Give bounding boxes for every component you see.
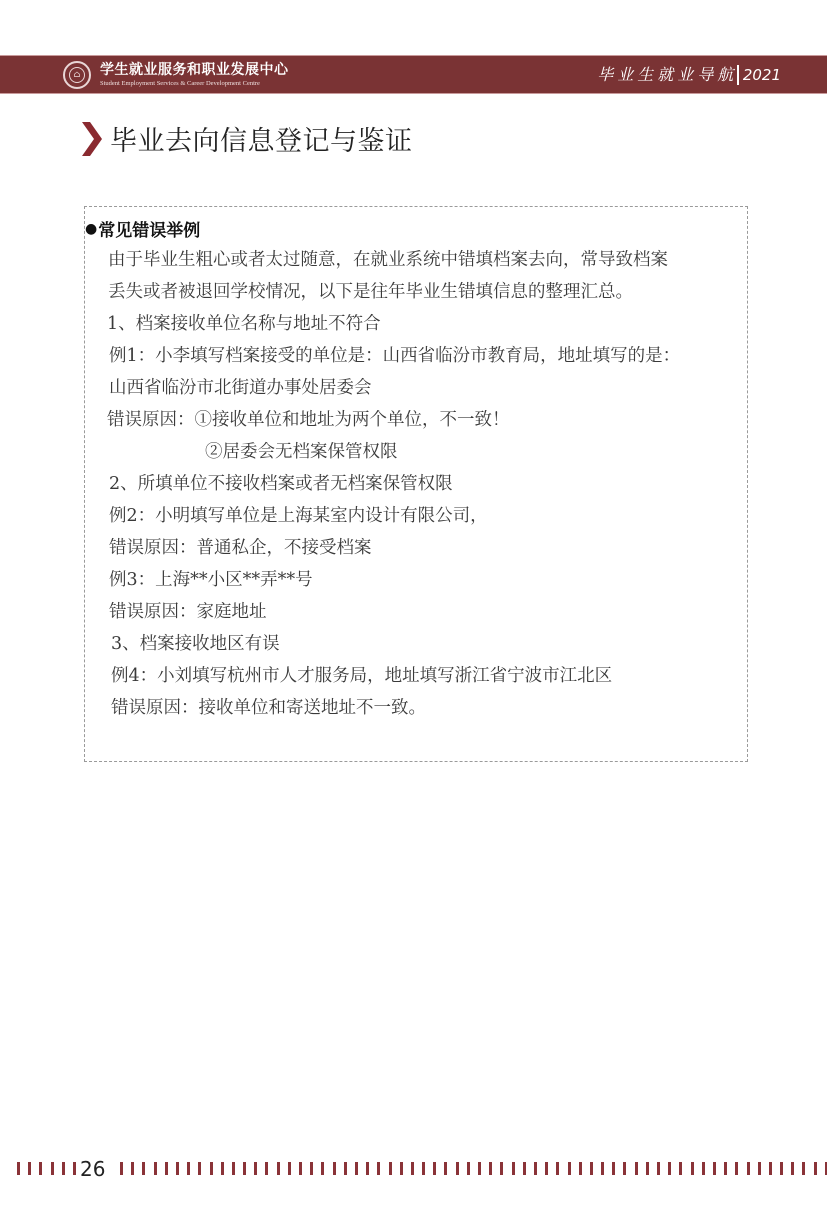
- org-name-en: Student Employment Services & Career Dev…: [100, 80, 260, 88]
- section-title: 毕业去向信息登记与鉴证: [80, 119, 413, 158]
- guide-title-text: 毕业生就业导航: [597, 64, 737, 86]
- common-errors-box: ● 常见错误举例 由于毕业生粗心或者太过随意，在就业系统中错填档案去向，常导致档…: [84, 206, 748, 762]
- guide-year: 2021: [743, 64, 781, 86]
- intro-line-1: 由于毕业生粗心或者太过随意，在就业系统中错填档案去向，常导致档案: [108, 249, 668, 271]
- error-category-2: 2、所填单位不接收档案或者无档案保管权限: [109, 473, 453, 495]
- box-heading: ● 常见错误举例: [85, 216, 200, 241]
- box-heading-text: 常见错误举例: [98, 216, 200, 241]
- example-3: 例3：上海**小区**弄**号: [109, 569, 313, 591]
- title-separator: [737, 65, 739, 85]
- header-bar: ⌂ 学生就业服务和职业发展中心 Student Employment Servi…: [0, 55, 827, 94]
- guide-title: 毕业生就业导航 2021: [597, 64, 781, 86]
- page-footer: 26: [0, 1157, 827, 1181]
- example-4-reason: 错误原因：接收单位和寄送地址不一致。: [111, 697, 426, 719]
- footer-ticks-right: [120, 1162, 827, 1175]
- example-2: 例2：小明填写单位是上海某室内设计有限公司，: [109, 505, 488, 527]
- university-seal-icon: ⌂: [63, 61, 91, 89]
- error-category-1: 1、档案接收单位名称与地址不符合: [107, 313, 381, 335]
- page-number: 26: [80, 1157, 105, 1181]
- intro-line-2: 丢失或者被退回学校情况，以下是往年毕业生错填信息的整理汇总。: [108, 281, 633, 303]
- seal-emblem-icon: ⌂: [69, 67, 85, 83]
- example-3-reason: 错误原因：家庭地址: [109, 601, 267, 623]
- example-1-line-1: 例1：小李填写档案接受的单位是：山西省临汾市教育局，地址填写的是：: [109, 345, 680, 367]
- bullet-icon: ●: [85, 221, 97, 237]
- chevron-right-icon: [80, 120, 104, 158]
- example-1-reason-2: ②居委会无档案保管权限: [205, 441, 398, 463]
- error-category-3: 3、档案接收地区有误: [111, 633, 280, 655]
- org-name-cn: 学生就业服务和职业发展中心: [100, 62, 289, 78]
- example-2-reason: 错误原因：普通私企，不接受档案: [109, 537, 372, 559]
- example-1-reason-1: 错误原因：①接收单位和地址为两个单位，不一致！: [107, 409, 510, 431]
- footer-ticks-left: [17, 1162, 84, 1175]
- section-title-text: 毕业去向信息登记与鉴证: [110, 119, 413, 158]
- example-1-line-2: 山西省临汾市北街道办事处居委会: [109, 377, 372, 399]
- example-4: 例4：小刘填写杭州市人才服务局，地址填写浙江省宁波市江北区: [111, 665, 612, 687]
